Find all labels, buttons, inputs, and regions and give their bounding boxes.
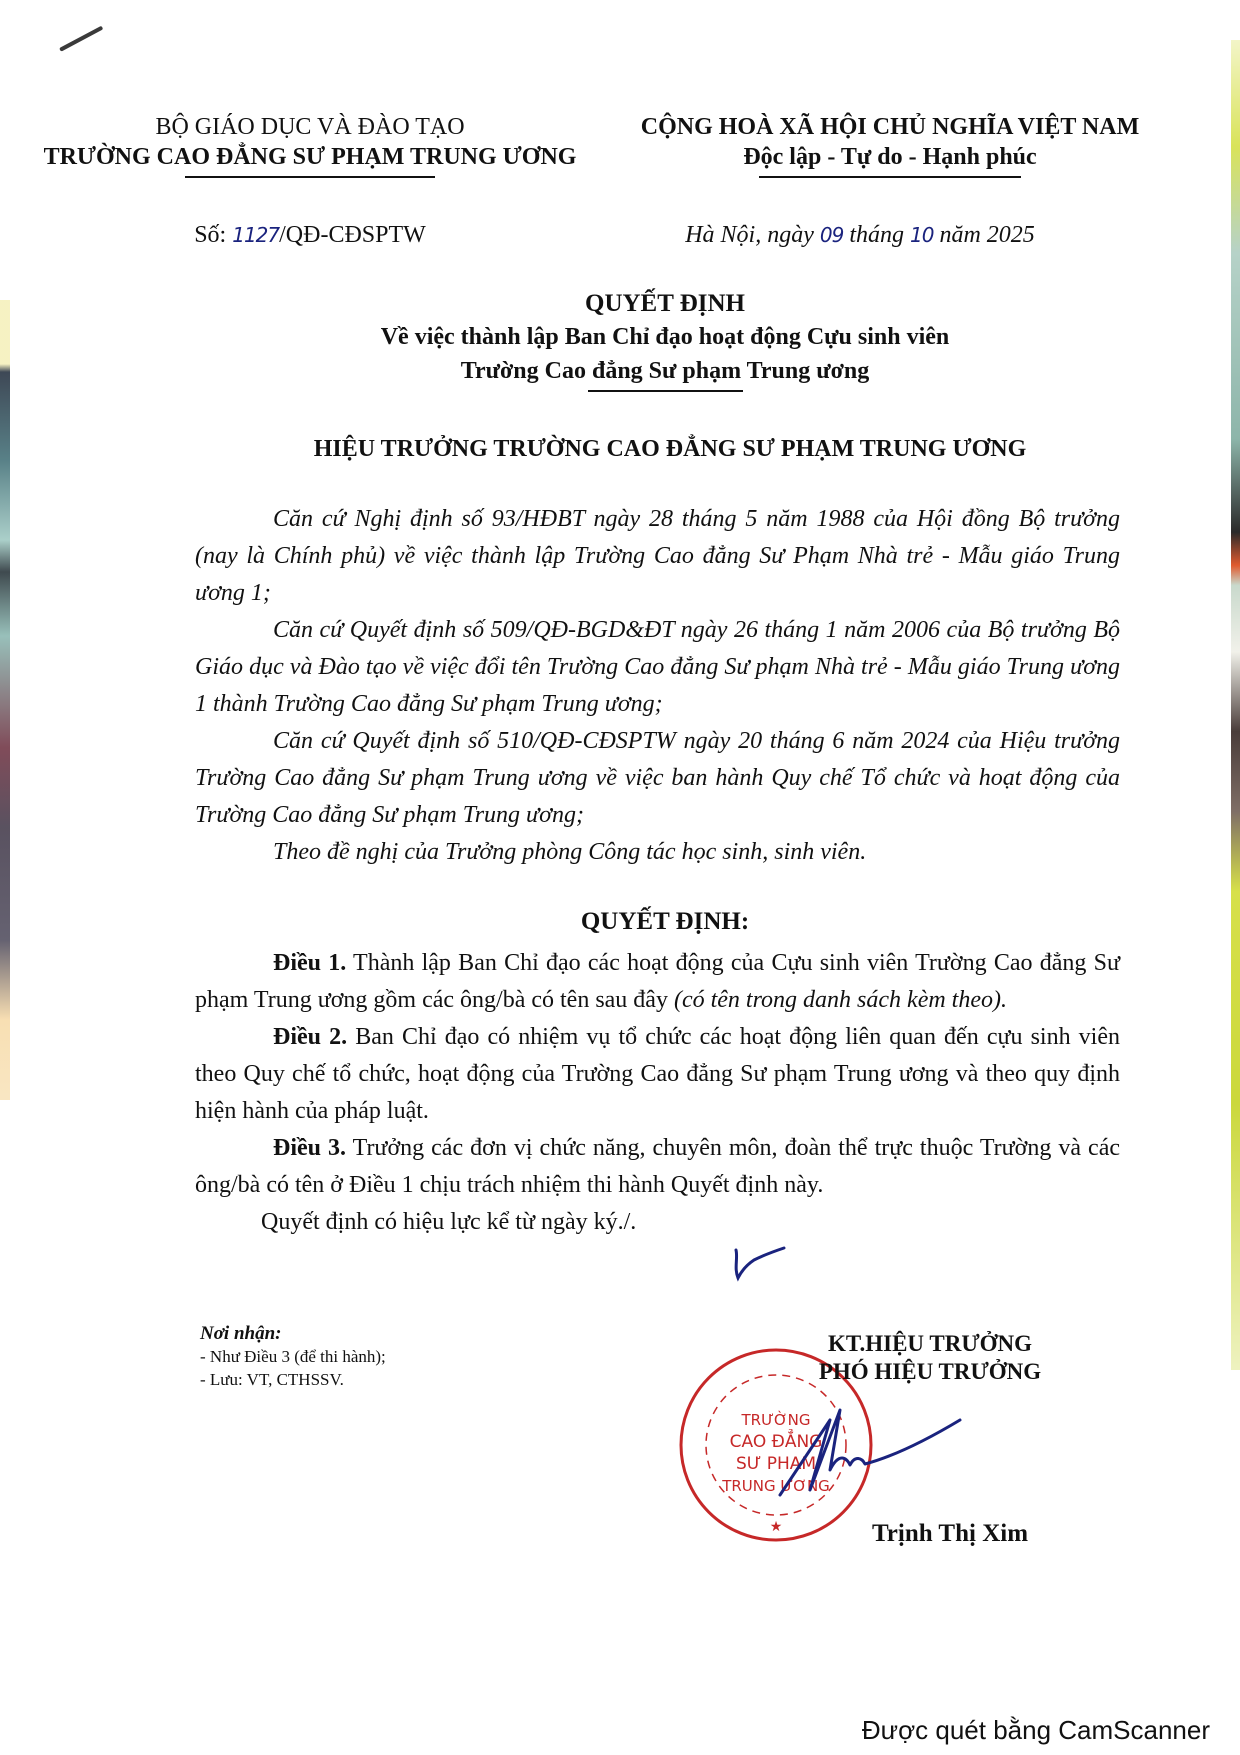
basis-item: Căn cứ Nghị định số 93/HĐBT ngày 28 thán… — [195, 501, 1120, 612]
ref-number-handwritten: 1127 — [232, 223, 279, 247]
article-label: Điều 1. — [273, 950, 346, 976]
article-label: Điều 2. — [273, 1024, 347, 1050]
basis-item: Căn cứ Quyết định số 509/QĐ-BGD&ĐT ngày … — [195, 612, 1120, 723]
document-number: Số: 1127/QĐ-CĐSPTW — [40, 222, 580, 249]
scan-edge-artifact-left — [0, 300, 10, 1100]
scanner-watermark: Được quét bằng CamScanner — [862, 1715, 1210, 1746]
legal-basis: Căn cứ Nghị định số 93/HĐBT ngày 28 thán… — [195, 501, 1120, 871]
handwritten-signature — [770, 1400, 970, 1510]
document-title: QUYẾT ĐỊNH Về việc thành lập Ban Chỉ đạo… — [0, 288, 1240, 392]
country-name: CỘNG HOÀ XÃ HỘI CHỦ NGHĨA VIỆT NAM — [620, 112, 1160, 142]
title-main: QUYẾT ĐỊNH — [0, 288, 1240, 320]
title-rule — [588, 390, 743, 392]
title-subtitle-2: Trường Cao đẳng Sư phạm Trung ương — [0, 354, 1240, 388]
article-2: Điều 2. Ban Chỉ đạo có nhiệm vụ tổ chức … — [195, 1019, 1120, 1130]
recipients: Nơi nhận: - Như Điều 3 (để thi hành); - … — [200, 1322, 386, 1391]
effective-clause: Quyết định có hiệu lực kể từ ngày ký./. — [195, 1204, 1120, 1241]
article-note: (có tên trong danh sách kèm theo). — [674, 987, 1007, 1013]
pen-mark — [59, 26, 103, 52]
articles: Điều 1. Thành lập Ban Chỉ đạo các hoạt đ… — [195, 945, 1120, 1241]
decision-heading: QUYẾT ĐỊNH: — [0, 908, 1240, 936]
scan-edge-artifact-right — [1231, 40, 1240, 1370]
recipients-label: Nơi nhận: — [200, 1322, 386, 1345]
recipient-item: - Lưu: VT, CTHSSV. — [200, 1368, 386, 1391]
issuer-header: BỘ GIÁO DỤC VÀ ĐÀO TẠO TRƯỜNG CAO ĐẲNG S… — [40, 112, 580, 178]
month-label: tháng — [843, 222, 910, 248]
school-name: TRƯỜNG CAO ĐẲNG SƯ PHẠM TRUNG ƯƠNG — [40, 142, 580, 172]
signature-title-line2: PHÓ HIỆU TRƯỞNG — [700, 1358, 1160, 1386]
signature-title: KT.HIỆU TRƯỞNG PHÓ HIỆU TRƯỞNG — [700, 1330, 1160, 1386]
ref-suffix: /QĐ-CĐSPTW — [279, 222, 426, 248]
header-rule-right — [759, 176, 1021, 178]
month-handwritten: 10 — [910, 223, 933, 247]
header-rule-left — [185, 176, 435, 178]
title-subtitle-1: Về việc thành lập Ban Chỉ đạo hoạt động … — [0, 320, 1240, 354]
day-handwritten: 09 — [820, 223, 843, 247]
national-motto: Độc lập - Tự do - Hạnh phúc — [620, 142, 1160, 172]
national-header: CỘNG HOÀ XÃ HỘI CHỦ NGHĨA VIỆT NAM Độc l… — [620, 112, 1160, 178]
basis-item: Theo đề nghị của Trưởng phòng Công tác h… — [195, 834, 1120, 871]
article-3: Điều 3. Trưởng các đơn vị chức năng, chu… — [195, 1130, 1120, 1204]
signer-name: Trịnh Thị Xim — [720, 1520, 1180, 1548]
recipient-item: - Như Điều 3 (để thi hành); — [200, 1345, 386, 1368]
signature-title-line1: KT.HIỆU TRƯỞNG — [700, 1330, 1160, 1358]
basis-item: Căn cứ Quyết định số 510/QĐ-CĐSPTW ngày … — [195, 723, 1120, 834]
issue-date: Hà Nội, ngày 09 tháng 10 năm 2025 — [620, 222, 1100, 249]
article-label: Điều 3. — [273, 1135, 346, 1161]
ref-prefix: Số: — [194, 222, 232, 248]
article-1: Điều 1. Thành lập Ban Chỉ đạo các hoạt đ… — [195, 945, 1120, 1019]
year-label: năm 2025 — [933, 222, 1034, 248]
date-prefix: Hà Nội, ngày — [685, 222, 820, 248]
ministry-name: BỘ GIÁO DỤC VÀ ĐÀO TẠO — [40, 112, 580, 142]
issuing-authority: HIỆU TRƯỞNG TRƯỜNG CAO ĐẲNG SƯ PHẠM TRUN… — [0, 436, 1240, 463]
handwritten-initial-mark — [728, 1244, 788, 1284]
